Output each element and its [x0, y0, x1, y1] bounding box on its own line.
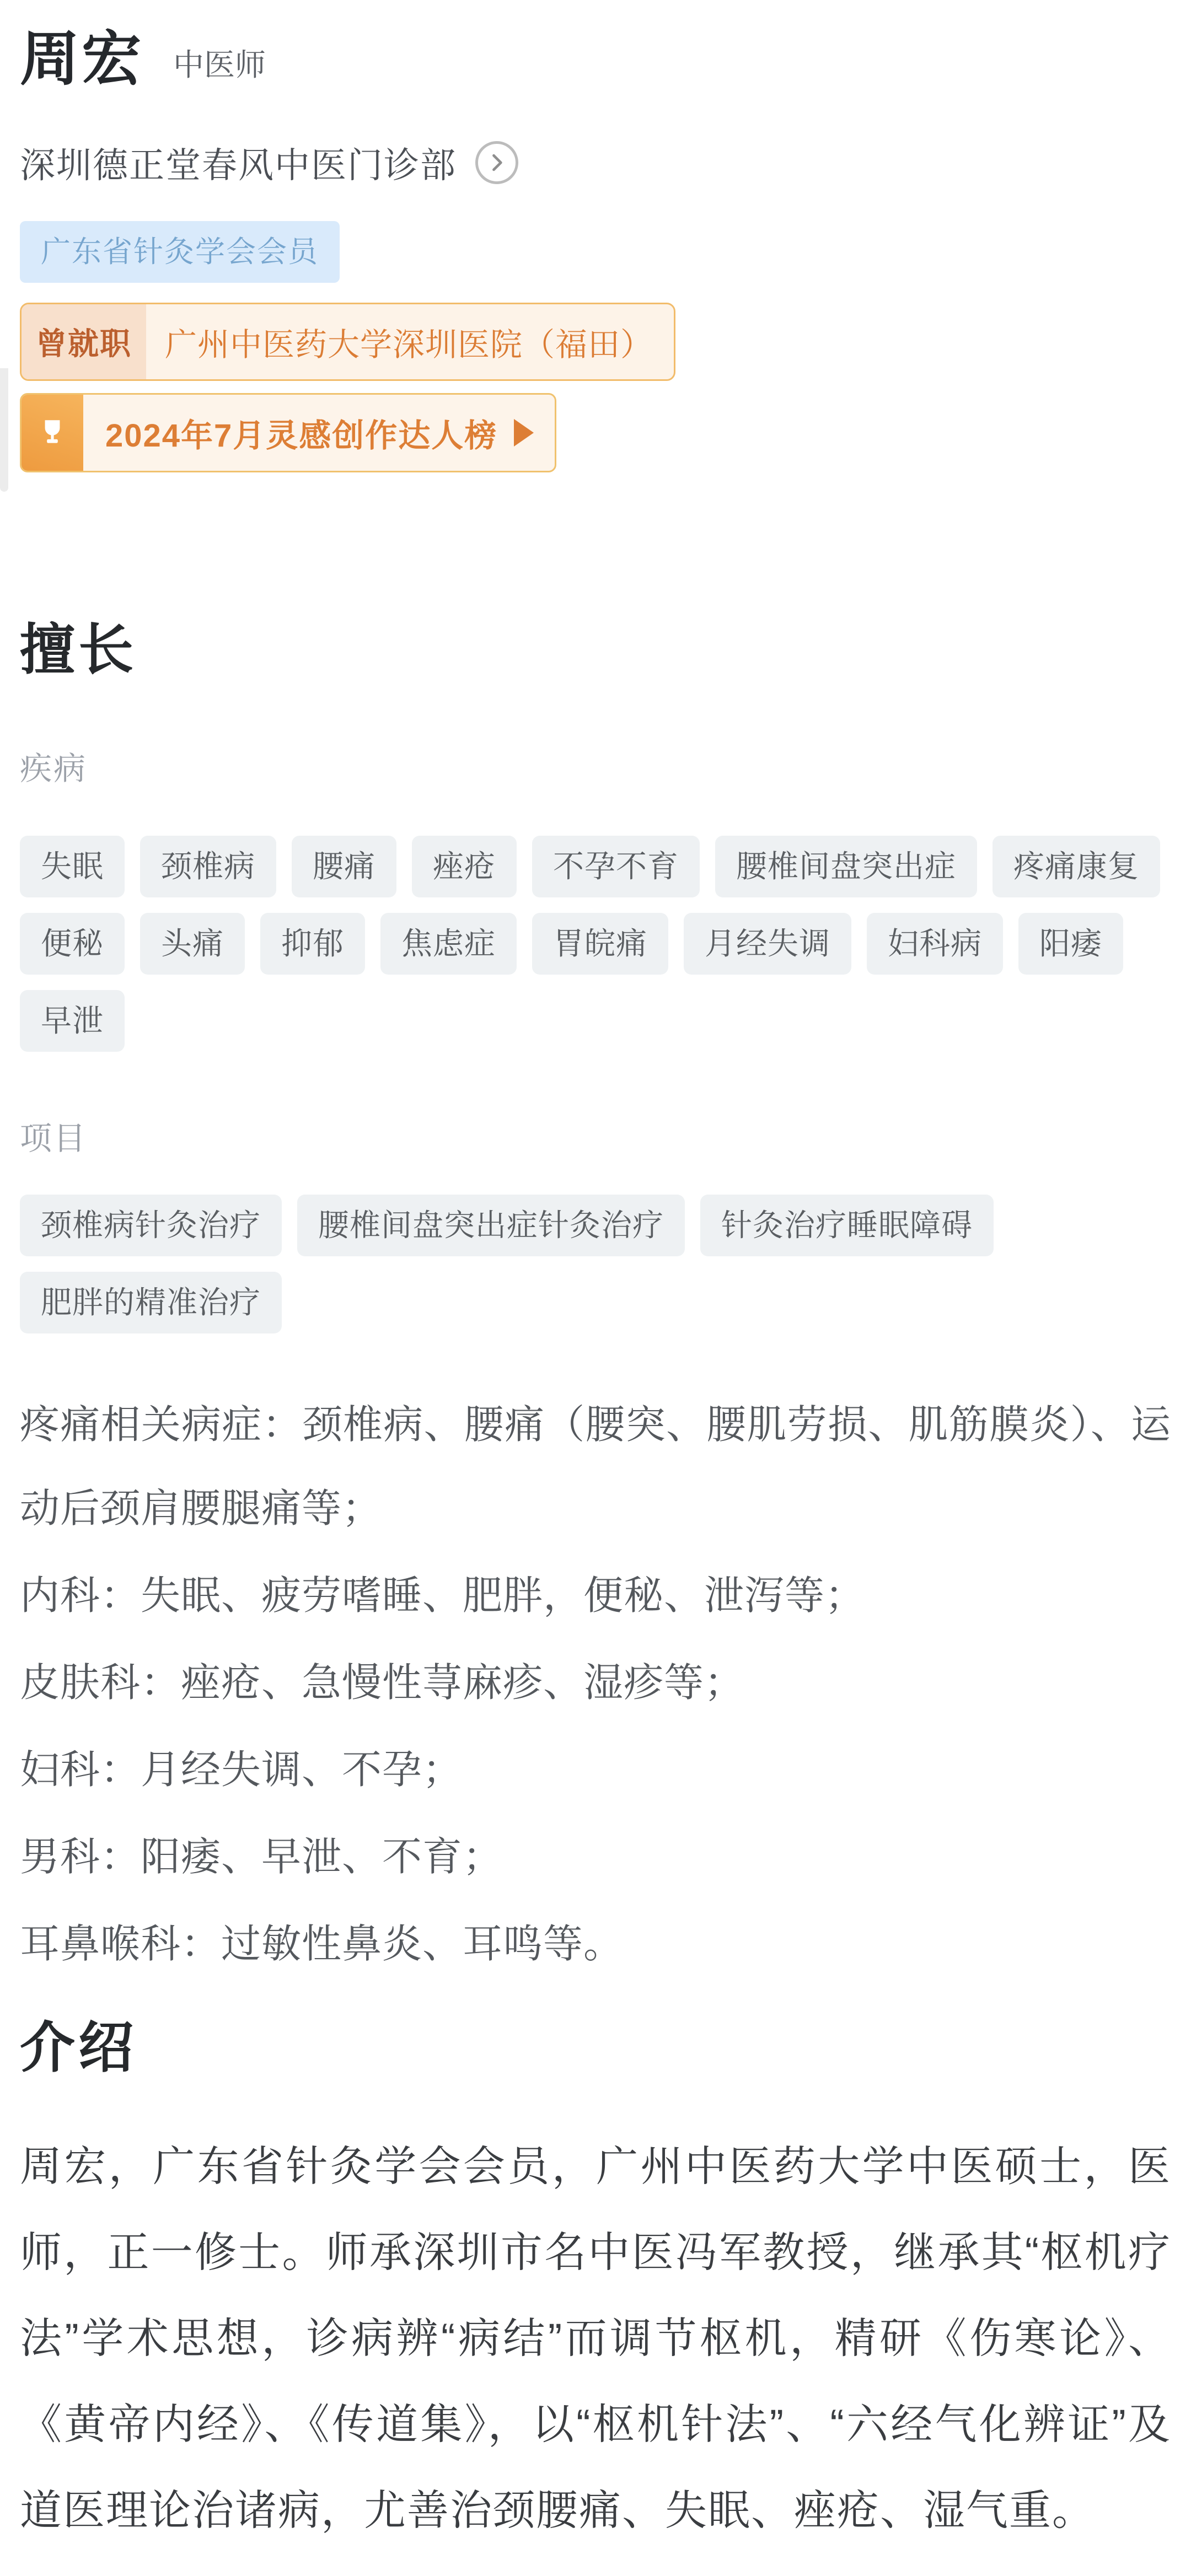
- employment-badge-label: 曾就职: [22, 304, 146, 379]
- project-tag: 腰椎间盘突出症针灸治疗: [297, 1195, 685, 1256]
- disease-tag: 疼痛康复: [993, 836, 1160, 897]
- disease-tag: 焦虑症: [380, 913, 517, 975]
- employment-badge: 曾就职 广州中医药大学深圳医院（福田）: [20, 303, 675, 381]
- disease-tag-list: 失眠颈椎病腰痛痤疮不孕不育腰椎间盘突出症疼痛康复便秘头痛抑郁焦虑症胃皖痛月经失调…: [20, 836, 1171, 1052]
- project-label: 项目: [20, 1112, 1171, 1159]
- disease-tag: 腰痛: [292, 836, 396, 897]
- disease-tag: 月经失调: [684, 913, 851, 975]
- specialty-paragraph-list: 疼痛相关病症：颈椎病、腰痛（腰突、腰肌劳损、肌筋膜炎）、运动后颈肩腰腿痛等；内科…: [20, 1383, 1171, 1986]
- disease-tag: 头痛: [140, 913, 245, 975]
- intro-section-heading: 介绍: [20, 2019, 1171, 2077]
- disease-tag: 阳痿: [1018, 913, 1123, 975]
- disease-tag: 腰椎间盘突出症: [715, 836, 977, 897]
- specialty-paragraph: 妇科：月经失调、不孕；: [20, 1728, 1171, 1812]
- specialty-section-heading: 擅长: [20, 621, 1171, 679]
- disease-tag: 胃皖痛: [532, 913, 668, 975]
- project-tag: 肥胖的精准治疗: [20, 1272, 282, 1333]
- clinic-row[interactable]: 深圳德正堂春风中医门诊部: [20, 137, 1171, 188]
- chevron-right-circle-icon[interactable]: [475, 141, 518, 184]
- disease-tag: 痤疮: [412, 836, 517, 897]
- trophy-icon: [22, 395, 83, 471]
- disease-tag: 便秘: [20, 913, 125, 975]
- play-arrow-icon: [514, 419, 534, 447]
- disease-label: 疾病: [20, 743, 1171, 789]
- project-tag: 针灸治疗睡眠障碍: [700, 1195, 994, 1256]
- disease-tag: 颈椎病: [140, 836, 276, 897]
- membership-badge: 广东省针灸学会会员: [20, 221, 340, 283]
- disease-tag: 抑郁: [260, 913, 365, 975]
- award-badge[interactable]: 2024年7月灵感创作达人榜: [20, 393, 556, 472]
- employment-badge-value: 广州中医药大学深圳医院（福田）: [146, 304, 674, 379]
- specialty-paragraph: 内科：失眠、疲劳嗜睡、肥胖，便秘、泄泻等；: [20, 1554, 1171, 1638]
- disease-tag: 妇科病: [867, 913, 1003, 975]
- specialty-paragraph: 疼痛相关病症：颈椎病、腰痛（腰突、腰肌劳损、肌筋膜炎）、运动后颈肩腰腿痛等；: [20, 1383, 1171, 1551]
- left-scroll-indicator[interactable]: [0, 368, 8, 492]
- specialty-paragraph: 男科：阳痿、早泄、不育；: [20, 1815, 1171, 1899]
- badge-list: 广东省针灸学会会员 曾就职 广州中医药大学深圳医院（福田） 2024年7月灵感创…: [20, 188, 1171, 472]
- specialty-paragraph: 耳鼻喉科：过敏性鼻炎、耳鸣等。: [20, 1902, 1171, 1986]
- disease-tag: 失眠: [20, 836, 125, 897]
- disease-tag: 不孕不育: [532, 836, 700, 897]
- disease-tag: 早泄: [20, 990, 125, 1052]
- project-tag-list: 颈椎病针灸治疗腰椎间盘突出症针灸治疗针灸治疗睡眠障碍肥胖的精准治疗: [20, 1195, 1171, 1333]
- intro-paragraph: 周宏，广东省针灸学会会员，广州中医药大学中医硕士，医师，正一修士。师承深圳市名中…: [20, 2124, 1171, 2554]
- specialty-paragraph: 皮肤科：痤疮、急慢性荨麻疹、湿疹等；: [20, 1641, 1171, 1725]
- clinic-name: 深圳德正堂春风中医门诊部: [20, 137, 457, 188]
- project-tag: 颈椎病针灸治疗: [20, 1195, 282, 1256]
- award-badge-text: 2024年7月灵感创作达人榜: [83, 395, 514, 471]
- doctor-title: 中医师: [173, 41, 266, 90]
- doctor-header: 周宏 中医师: [20, 28, 1171, 90]
- doctor-name: 周宏: [20, 28, 143, 90]
- doctor-profile-page: 周宏 中医师 深圳德正堂春风中医门诊部 广东省针灸学会会员 曾就职 广州中医药大…: [0, 0, 1191, 2576]
